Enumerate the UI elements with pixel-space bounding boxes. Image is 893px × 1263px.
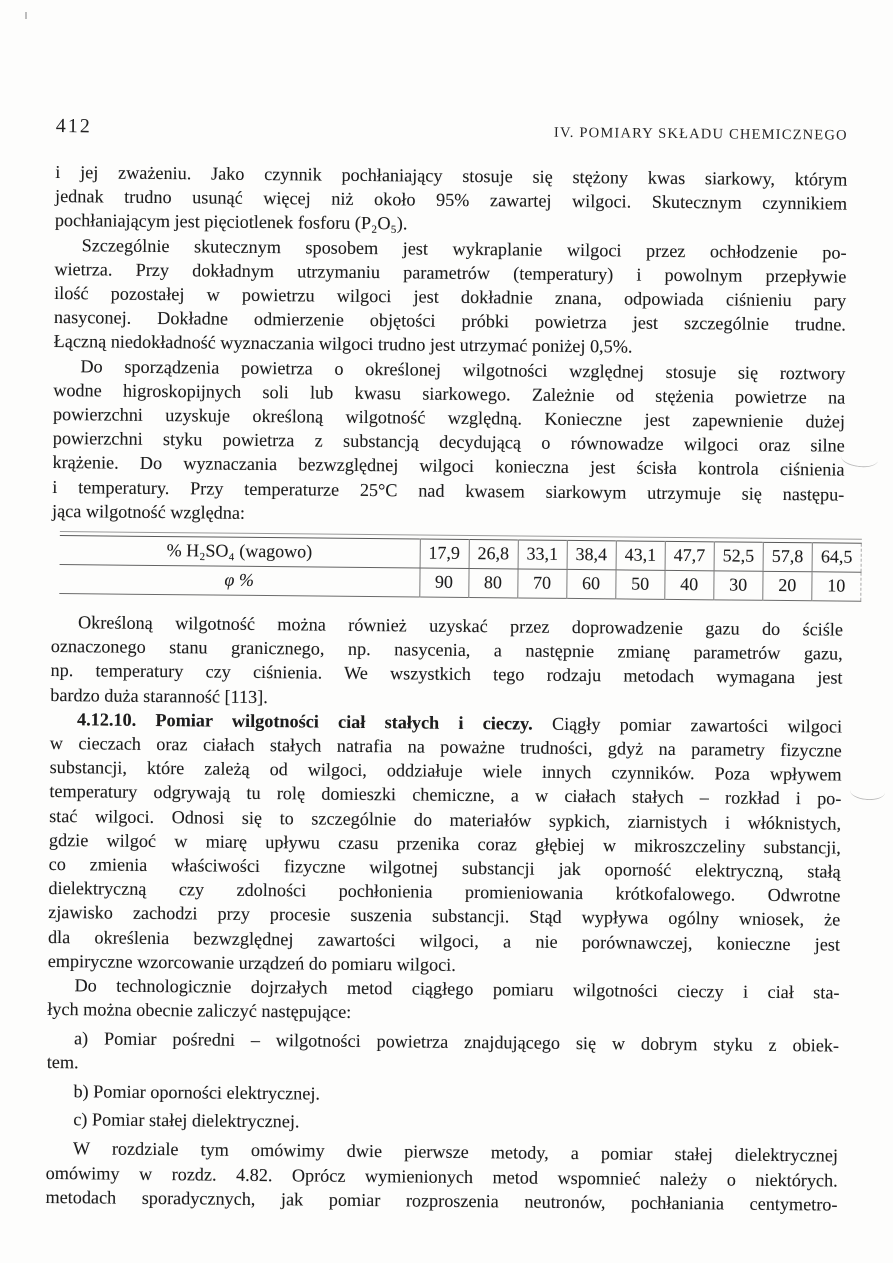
text-line: b) Pomiar oporności elektrycznej. — [46, 1079, 838, 1111]
h2so4-humidity-table: % H₂SO₄ (wagowo) 17,9 26,8 33,1 38,4 43,… — [59, 535, 862, 602]
table-cell: 17,9 — [420, 539, 469, 568]
table-cell: 70 — [517, 569, 566, 598]
list-item-c: c) Pomiar stałej dielektrycznej. — [46, 1107, 838, 1139]
table-cell: 33,1 — [518, 540, 567, 569]
paragraph-limit-state-method: Określoną wilgotność można również uzysk… — [50, 610, 843, 714]
table-cell: 10 — [812, 572, 861, 601]
table-cell: 26,8 — [469, 540, 518, 569]
paragraph-acid-absorber: i jej zważeniu. Jako czynnik pochłaniają… — [55, 160, 848, 240]
page-header: 412 IV. POMIARY SKŁADU CHEMICZNEGO — [56, 104, 848, 146]
page-number: 412 — [56, 115, 92, 138]
table-cell: 50 — [615, 570, 664, 599]
humidity-table-wrapper: % H₂SO₄ (wagowo) 17,9 26,8 33,1 38,4 43,… — [59, 531, 862, 602]
section-4-12-10: 4.12.10. Pomiar wilgotności ciał stałych… — [48, 707, 843, 981]
section-heading-rest: Ciągły pomiar zawartości wilgoci — [552, 714, 842, 737]
table-cell: 47,7 — [665, 541, 714, 570]
section-heading: 4.12.10. Pomiar wilgotności ciał stałych… — [77, 709, 533, 733]
paragraph-condensation-method: Szczególnie skutecznym sposobem jest wyk… — [54, 233, 847, 362]
table-cell: 90 — [419, 568, 468, 597]
paragraph-mature-methods: Do technologicznie dojrzałych metod ciąg… — [47, 973, 839, 1029]
section-continuation: w cieczach oraz ciałach stałych natrafia… — [48, 731, 842, 981]
table-cell: 60 — [566, 569, 615, 598]
table-cell: 57,8 — [763, 542, 812, 571]
table-row-label: φ % — [59, 565, 419, 597]
page-content: 412 IV. POMIARY SKŁADU CHEMICZNEGO i jej… — [45, 104, 848, 1216]
table-cell: 40 — [665, 570, 714, 599]
scan-mark-upper — [840, 448, 879, 469]
table-cell: 20 — [763, 571, 812, 600]
scan-mark-lower — [849, 782, 885, 801]
table-cell: 38,4 — [567, 540, 616, 569]
list-item-a: a) Pomiar pośredni – wilgotności powietr… — [47, 1025, 839, 1081]
table-cell: 80 — [468, 569, 517, 598]
text-line: c) Pomiar stałej dielektrycznej. — [46, 1107, 838, 1139]
paragraph-chapter-overview: W rozdziale tym omówimy dwie pierwsze me… — [45, 1136, 838, 1216]
scanned-book-page: 412 IV. POMIARY SKŁADU CHEMICZNEGO i jej… — [0, 0, 893, 1263]
table-cell: 64,5 — [812, 543, 861, 572]
running-head: IV. POMIARY SKŁADU CHEMICZNEGO — [554, 125, 848, 146]
table-cell: 43,1 — [616, 541, 665, 570]
list-item-b: b) Pomiar oporności elektrycznej. — [46, 1079, 838, 1111]
table-row-label: % H₂SO₄ (wagowo) — [60, 536, 420, 568]
table-cell: 30 — [714, 571, 763, 600]
scan-speck — [25, 12, 27, 19]
table-cell: 52,5 — [714, 542, 763, 571]
paragraph-relative-humidity-solutions: Do sporządzenia powietrza o określonej w… — [52, 354, 846, 531]
